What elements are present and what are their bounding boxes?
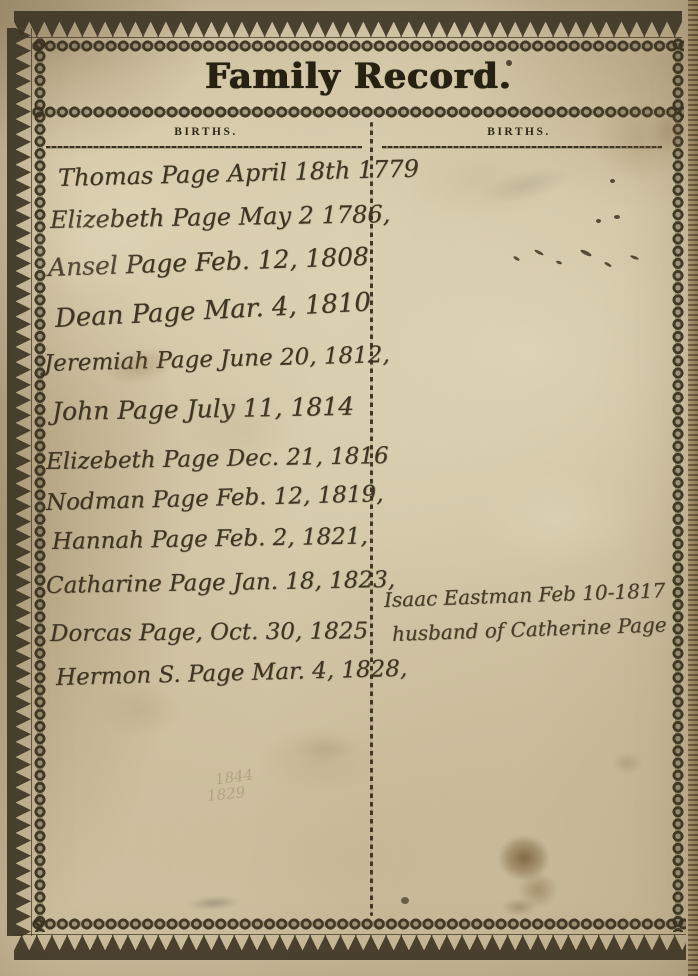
birth-record-line: Jeremiah Page June 20, 1812, <box>44 342 390 377</box>
ink-speck <box>556 260 563 265</box>
ink-stain <box>612 752 642 774</box>
right-column-header: BIRTHS. <box>372 126 666 138</box>
ink-stain <box>502 898 536 916</box>
border-chain-right <box>670 38 686 932</box>
birth-record-line: Ansel Page Feb. 12, 1808 <box>47 242 369 282</box>
page-title: Family Record. <box>46 56 670 97</box>
left-column-rule <box>46 146 362 148</box>
ink-speck <box>614 215 620 219</box>
border-left-palmette-band <box>7 28 32 936</box>
ink-speck <box>513 255 521 261</box>
family-record-scanned-page: Family Record. BIRTHS. BIRTHS. Thomas Pa… <box>0 0 698 976</box>
ink-speck <box>506 60 512 66</box>
ink-speck <box>604 261 612 268</box>
birth-record-line: Hannah Page Feb. 2, 1821, <box>52 523 368 555</box>
border-chain-below-title <box>32 104 684 120</box>
birth-record-line: Catharine Page Jan. 18, 1823, <box>46 567 395 599</box>
ink-stain <box>292 736 356 760</box>
book-page-edge <box>688 0 698 976</box>
ink-stain <box>518 872 558 908</box>
ink-speck <box>610 179 615 183</box>
birth-record-line: Thomas Page April 18th 1779 <box>58 155 420 192</box>
right-column-rule <box>382 146 662 148</box>
column-divider <box>370 122 373 916</box>
left-column-header: BIRTHS. <box>46 126 366 138</box>
border-top-palmette-band <box>14 11 682 38</box>
birth-record-line: Dean Page Mar. 4, 1810 <box>54 287 371 334</box>
pencil-smudge <box>188 894 241 912</box>
ink-speck <box>534 249 544 256</box>
birth-record-line: John Page July 11, 1814 <box>52 392 355 426</box>
ink-speck <box>630 254 639 260</box>
ink-speck <box>596 219 601 223</box>
birth-record-line: Elizebeth Page Dec. 21, 1816 <box>46 443 389 475</box>
border-bottom-palmette-band <box>14 934 686 960</box>
border-chain-left <box>32 38 48 932</box>
ink-speck <box>401 897 409 904</box>
border-chain-bottom <box>32 916 686 932</box>
faint-pencil-mark: 1829 <box>206 783 246 805</box>
ink-stain <box>498 835 550 881</box>
border-chain-top <box>32 38 684 54</box>
marriage-note-line: Isaac Eastman Feb 10-1817 <box>384 578 666 612</box>
birth-record-line: Nodman Page Feb. 12, 1819, <box>46 481 384 516</box>
marriage-note-line: husband of Catherine Page <box>392 612 667 646</box>
offset-print-smudge <box>476 159 576 211</box>
birth-record-line: Elizebeth Page May 2 1786, <box>50 200 391 234</box>
ink-speck <box>580 249 593 258</box>
birth-record-line: Hermon S. Page Mar. 4, 1828, <box>56 656 408 691</box>
birth-record-line: Dorcas Page, Oct. 30, 1825 <box>50 618 368 647</box>
